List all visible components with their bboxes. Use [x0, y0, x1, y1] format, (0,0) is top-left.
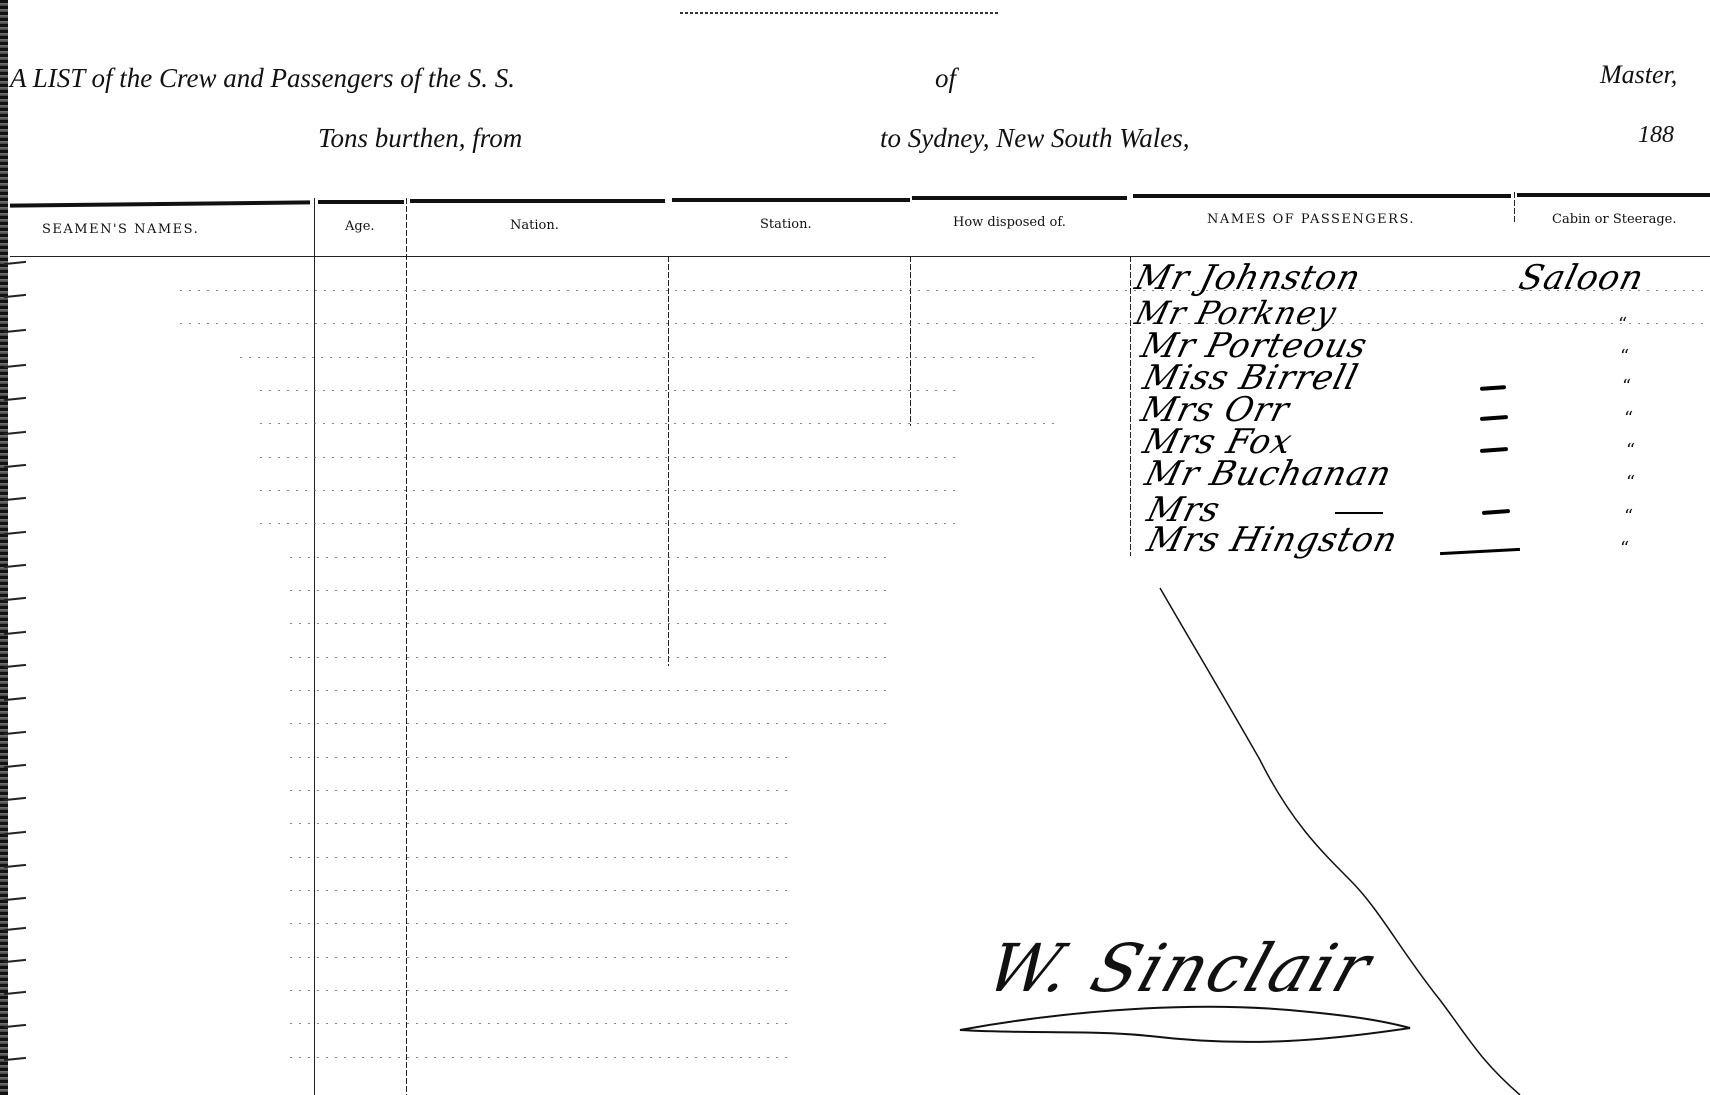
- col-head-cabin-or-steerage: Cabin or Steerage.: [1552, 212, 1676, 227]
- title-list-of-crew: A LIST of the Crew and Passengers of the…: [10, 63, 515, 94]
- col-head-seamens-names: SEAMEN'S NAMES.: [42, 222, 199, 237]
- title-destination: to Sydney, New South Wales,: [880, 123, 1189, 154]
- header-bottom-rule: [10, 256, 1710, 257]
- passenger-list: Mr Johnston Saloon Mr Porkney “ Mr Porte…: [1130, 258, 1710, 568]
- top-decorative-rule: [680, 12, 1000, 14]
- passenger-class: “: [1620, 346, 1629, 367]
- header-rule-passengers: [1133, 194, 1511, 198]
- col-head-names-of-passengers: NAMES OF PASSENGERS.: [1207, 212, 1415, 227]
- master-signature: W. Sinclair: [950, 900, 1430, 1060]
- class-dash-mark: [1480, 385, 1506, 391]
- signature-text: W. Sinclair: [977, 930, 1381, 1007]
- passenger-name: Mr Johnston: [1131, 258, 1365, 298]
- col-head-nation: Nation.: [510, 218, 559, 233]
- class-dash-mark: [1482, 509, 1510, 515]
- passenger-class: Saloon: [1515, 258, 1648, 298]
- title-master: Master,: [1600, 60, 1677, 90]
- header-rule-age: [318, 200, 404, 204]
- col-head-how-disposed: How disposed of.: [953, 215, 1066, 230]
- title-of: of: [935, 63, 956, 94]
- passenger-class: “: [1626, 440, 1635, 461]
- binding-ticks: [0, 0, 30, 1095]
- divider-passengers-cabin: [1514, 192, 1515, 222]
- passenger-class: “: [1618, 314, 1627, 335]
- class-dash-mark: [1480, 415, 1508, 421]
- passenger-name: Mr Buchanan: [1141, 454, 1396, 494]
- blank-name-line: [1335, 512, 1383, 514]
- title-year: 188: [1638, 122, 1674, 149]
- passenger-class: “: [1626, 472, 1635, 493]
- header-rule-seamen: [10, 200, 310, 207]
- passenger-class: “: [1624, 506, 1633, 527]
- col-head-age: Age.: [345, 219, 375, 234]
- header-rule-disposed: [912, 196, 1127, 200]
- name-tail-line: [1440, 548, 1520, 555]
- signature-flourish: [950, 1000, 1430, 1060]
- header-rule-station: [672, 198, 910, 202]
- header-rule-nation: [410, 199, 665, 203]
- col-head-station: Station.: [760, 217, 812, 232]
- passenger-class: “: [1620, 538, 1629, 559]
- header-rule-cabin: [1517, 193, 1710, 197]
- title-tons-burthen: Tons burthen, from: [318, 123, 522, 154]
- passenger-class: “: [1624, 408, 1633, 429]
- passenger-class: “: [1622, 376, 1631, 397]
- passenger-name: Mrs Hingston: [1143, 520, 1402, 560]
- class-dash-mark: [1480, 447, 1508, 453]
